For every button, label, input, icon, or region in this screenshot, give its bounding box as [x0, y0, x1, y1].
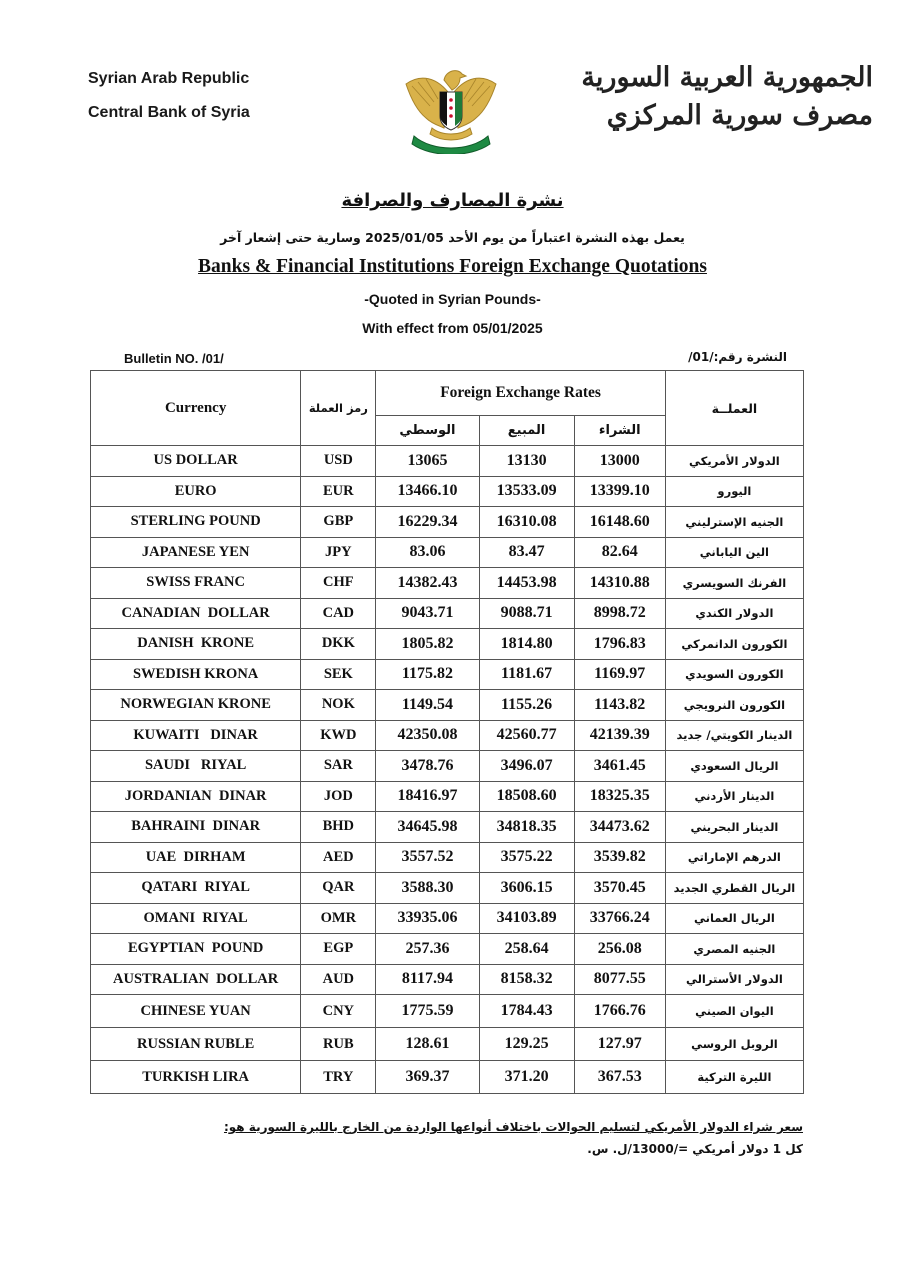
cell-sell-rate: 1181.67 — [479, 659, 574, 690]
cell-sell-rate: 18508.60 — [479, 781, 574, 812]
cell-buy-rate: 1796.83 — [574, 629, 665, 660]
cell-mid-rate: 13466.10 — [376, 476, 479, 507]
column-header-mid: الوسطي — [376, 416, 479, 446]
cell-sell-rate: 258.64 — [479, 934, 574, 965]
cell-code: RUB — [301, 1028, 376, 1061]
cell-mid-rate: 3478.76 — [376, 751, 479, 782]
cell-currency: DANISH KRONE — [91, 629, 301, 660]
cell-code: NOK — [301, 690, 376, 721]
cell-mid-rate: 3588.30 — [376, 873, 479, 904]
cell-sell-rate: 1814.80 — [479, 629, 574, 660]
cell-buy-rate: 367.53 — [574, 1061, 665, 1094]
cell-currency: EGYPTIAN POUND — [91, 934, 301, 965]
cell-currency-arabic: اليوان الصيني — [665, 995, 803, 1028]
cell-currency: STERLING POUND — [91, 507, 301, 538]
cell-sell-rate: 8158.32 — [479, 964, 574, 995]
cell-currency: SWISS FRANC — [91, 568, 301, 599]
cell-currency-arabic: الدرهم الإماراتي — [665, 842, 803, 873]
cell-buy-rate: 1143.82 — [574, 690, 665, 721]
cell-currency-arabic: الدينار الأردني — [665, 781, 803, 812]
cell-currency-arabic: الكورون النرويجي — [665, 690, 803, 721]
exchange-rates-table: Currency رمز العملة Foreign Exchange Rat… — [90, 370, 804, 1094]
table-row: KUWAITI DINARKWD42350.0842560.7742139.39… — [91, 720, 804, 751]
quoted-in-note: -Quoted in Syrian Pounds- — [0, 291, 905, 307]
cell-sell-rate: 13533.09 — [479, 476, 574, 507]
table-row: OMANI RIYALOMR33935.0634103.8933766.24ال… — [91, 903, 804, 934]
table-row: RUSSIAN RUBLERUB128.61129.25127.97الروبل… — [91, 1028, 804, 1061]
cell-currency-arabic: الجنيه الإسترليني — [665, 507, 803, 538]
cell-buy-rate: 13399.10 — [574, 476, 665, 507]
cell-currency: UAE DIRHAM — [91, 842, 301, 873]
cell-currency-arabic: الكورون الدانمركي — [665, 629, 803, 660]
bulletin-title-english: Banks & Financial Institutions Foreign E… — [0, 256, 905, 278]
table-row: CHINESE YUANCNY1775.591784.431766.76اليو… — [91, 995, 804, 1028]
cell-currency-arabic: الجنيه المصري — [665, 934, 803, 965]
cell-code: QAR — [301, 873, 376, 904]
cell-currency-arabic: الريال القطري الجديد — [665, 873, 803, 904]
cell-code: DKK — [301, 629, 376, 660]
cell-currency-arabic: الفرنك السويسري — [665, 568, 803, 599]
cell-buy-rate: 1169.97 — [574, 659, 665, 690]
cell-currency: JORDANIAN DINAR — [91, 781, 301, 812]
cell-mid-rate: 13065 — [376, 446, 479, 477]
cell-code: USD — [301, 446, 376, 477]
table-row: AUSTRALIAN DOLLARAUD8117.948158.328077.5… — [91, 964, 804, 995]
cell-buy-rate: 1766.76 — [574, 995, 665, 1028]
cell-currency-arabic: الدينار البحريني — [665, 812, 803, 843]
cell-mid-rate: 1775.59 — [376, 995, 479, 1028]
cell-currency-arabic: الدولار الأسترالي — [665, 964, 803, 995]
cell-code: BHD — [301, 812, 376, 843]
cell-buy-rate: 14310.88 — [574, 568, 665, 599]
cell-buy-rate: 8998.72 — [574, 598, 665, 629]
cell-buy-rate: 33766.24 — [574, 903, 665, 934]
cell-currency-arabic: الروبل الروسي — [665, 1028, 803, 1061]
cell-currency: US DOLLAR — [91, 446, 301, 477]
cell-code: EUR — [301, 476, 376, 507]
cell-currency: AUSTRALIAN DOLLAR — [91, 964, 301, 995]
table-row: JAPANESE YENJPY83.0683.4782.64الين الياب… — [91, 537, 804, 568]
cell-mid-rate: 8117.94 — [376, 964, 479, 995]
column-header-currency-arabic: العملــة — [665, 371, 803, 446]
cell-currency-arabic: الكورون السويدي — [665, 659, 803, 690]
remittance-note: سعر شراء الدولار الأمريكي لتسليم الحوالا… — [224, 1120, 803, 1134]
cell-currency: KUWAITI DINAR — [91, 720, 301, 751]
cell-code: GBP — [301, 507, 376, 538]
bulletin-number: Bulletin NO. /01/ — [124, 351, 224, 366]
cell-currency: NORWEGIAN KRONE — [91, 690, 301, 721]
bulletin-number-arabic: النشرة رقم:/01/ — [688, 350, 787, 364]
cell-mid-rate: 34645.98 — [376, 812, 479, 843]
bulletin-subtitle-arabic: يعمل بهذه النشرة اعتباراً من يوم الأحد 2… — [0, 230, 905, 245]
table-row: UAE DIRHAMAED3557.523575.223539.82الدرهم… — [91, 842, 804, 873]
table-row: EGYPTIAN POUNDEGP257.36258.64256.08الجني… — [91, 934, 804, 965]
cell-sell-rate: 1784.43 — [479, 995, 574, 1028]
table-row: BAHRAINI DINARBHD34645.9834818.3534473.6… — [91, 812, 804, 843]
cell-mid-rate: 257.36 — [376, 934, 479, 965]
cell-code: AED — [301, 842, 376, 873]
column-group-header-rates: Foreign Exchange Rates — [376, 371, 665, 416]
cell-code: CAD — [301, 598, 376, 629]
cell-code: JOD — [301, 781, 376, 812]
table-row: US DOLLARUSD130651313013000الدولار الأمر… — [91, 446, 804, 477]
cell-currency-arabic: الليرة التركية — [665, 1061, 803, 1094]
column-header-sell: المبيع — [479, 416, 574, 446]
cell-mid-rate: 369.37 — [376, 1061, 479, 1094]
table-row: SWEDISH KRONASEK1175.821181.671169.97الك… — [91, 659, 804, 690]
cell-currency: CANADIAN DOLLAR — [91, 598, 301, 629]
cell-buy-rate: 3461.45 — [574, 751, 665, 782]
cell-currency-arabic: الريال السعودي — [665, 751, 803, 782]
table-row: CANADIAN DOLLARCAD9043.719088.718998.72ا… — [91, 598, 804, 629]
column-header-buy: الشراء — [574, 416, 665, 446]
cell-buy-rate: 16148.60 — [574, 507, 665, 538]
header-bank-name-arabic: مصرف سورية المركزي — [607, 100, 873, 131]
cell-mid-rate: 42350.08 — [376, 720, 479, 751]
cell-code: CNY — [301, 995, 376, 1028]
bulletin-title-arabic: نشرة المصارف والصرافة — [0, 190, 905, 211]
cell-currency: QATARI RIYAL — [91, 873, 301, 904]
cell-sell-rate: 83.47 — [479, 537, 574, 568]
cell-sell-rate: 1155.26 — [479, 690, 574, 721]
cell-sell-rate: 34818.35 — [479, 812, 574, 843]
column-header-currency: Currency — [91, 371, 301, 446]
cell-currency: BAHRAINI DINAR — [91, 812, 301, 843]
cell-sell-rate: 14453.98 — [479, 568, 574, 599]
cell-mid-rate: 33935.06 — [376, 903, 479, 934]
cell-buy-rate: 18325.35 — [574, 781, 665, 812]
cell-currency-arabic: الريال العماني — [665, 903, 803, 934]
cell-code: OMR — [301, 903, 376, 934]
cell-currency-arabic: اليورو — [665, 476, 803, 507]
table-row: SAUDI RIYALSAR3478.763496.073461.45الريا… — [91, 751, 804, 782]
cell-buy-rate: 3539.82 — [574, 842, 665, 873]
cell-code: CHF — [301, 568, 376, 599]
cell-code: JPY — [301, 537, 376, 568]
cell-mid-rate: 1805.82 — [376, 629, 479, 660]
cell-mid-rate: 83.06 — [376, 537, 479, 568]
cell-buy-rate: 42139.39 — [574, 720, 665, 751]
cell-mid-rate: 14382.43 — [376, 568, 479, 599]
table-row: TURKISH LIRATRY369.37371.20367.53الليرة … — [91, 1061, 804, 1094]
cell-sell-rate: 13130 — [479, 446, 574, 477]
cell-sell-rate: 34103.89 — [479, 903, 574, 934]
cell-sell-rate: 16310.08 — [479, 507, 574, 538]
column-header-code: رمز العملة — [301, 371, 376, 446]
cell-currency: SWEDISH KRONA — [91, 659, 301, 690]
cell-code: KWD — [301, 720, 376, 751]
table-row: SWISS FRANCCHF14382.4314453.9814310.88ال… — [91, 568, 804, 599]
cell-mid-rate: 128.61 — [376, 1028, 479, 1061]
table-row: NORWEGIAN KRONENOK1149.541155.261143.82ا… — [91, 690, 804, 721]
cell-code: AUD — [301, 964, 376, 995]
cell-currency: SAUDI RIYAL — [91, 751, 301, 782]
table-row: EUROEUR13466.1013533.0913399.10اليورو — [91, 476, 804, 507]
cell-sell-rate: 3606.15 — [479, 873, 574, 904]
cell-currency-arabic: الدولار الكندي — [665, 598, 803, 629]
cell-currency: OMANI RIYAL — [91, 903, 301, 934]
remittance-rate: كل 1 دولار أمريكي =/13000/ل. س. — [587, 1142, 803, 1156]
cell-code: SEK — [301, 659, 376, 690]
cell-buy-rate: 34473.62 — [574, 812, 665, 843]
table-row: QATARI RIYALQAR3588.303606.153570.45الري… — [91, 873, 804, 904]
header-republic-name: Syrian Arab Republic — [88, 70, 249, 88]
cell-sell-rate: 3575.22 — [479, 842, 574, 873]
cell-mid-rate: 1175.82 — [376, 659, 479, 690]
cell-currency: EURO — [91, 476, 301, 507]
cell-buy-rate: 8077.55 — [574, 964, 665, 995]
cell-buy-rate: 256.08 — [574, 934, 665, 965]
cell-sell-rate: 371.20 — [479, 1061, 574, 1094]
exchange-rates-body: US DOLLARUSD130651313013000الدولار الأمر… — [91, 446, 804, 1094]
cell-currency: RUSSIAN RUBLE — [91, 1028, 301, 1061]
cell-mid-rate: 18416.97 — [376, 781, 479, 812]
header-republic-name-arabic: الجمهورية العربية السورية — [581, 62, 873, 93]
cell-mid-rate: 9043.71 — [376, 598, 479, 629]
effective-date: With effect from 05/01/2025 — [0, 320, 905, 336]
cell-buy-rate: 3570.45 — [574, 873, 665, 904]
cell-sell-rate: 3496.07 — [479, 751, 574, 782]
syrian-eagle-emblem-icon — [402, 66, 500, 154]
cell-buy-rate: 13000 — [574, 446, 665, 477]
cell-sell-rate: 42560.77 — [479, 720, 574, 751]
cell-code: EGP — [301, 934, 376, 965]
cell-mid-rate: 3557.52 — [376, 842, 479, 873]
table-row: STERLING POUNDGBP16229.3416310.0816148.6… — [91, 507, 804, 538]
cell-currency-arabic: الدينار الكويتي/ جديد — [665, 720, 803, 751]
table-row: DANISH KRONEDKK1805.821814.801796.83الكو… — [91, 629, 804, 660]
cell-currency: JAPANESE YEN — [91, 537, 301, 568]
cell-buy-rate: 127.97 — [574, 1028, 665, 1061]
cell-currency: CHINESE YUAN — [91, 995, 301, 1028]
cell-sell-rate: 129.25 — [479, 1028, 574, 1061]
cell-currency-arabic: الدولار الأمريكي — [665, 446, 803, 477]
table-row: JORDANIAN DINARJOD18416.9718508.6018325.… — [91, 781, 804, 812]
cell-currency-arabic: الين الياباني — [665, 537, 803, 568]
cell-mid-rate: 1149.54 — [376, 690, 479, 721]
cell-code: SAR — [301, 751, 376, 782]
header-bank-name: Central Bank of Syria — [88, 104, 250, 122]
cell-mid-rate: 16229.34 — [376, 507, 479, 538]
cell-currency: TURKISH LIRA — [91, 1061, 301, 1094]
cell-sell-rate: 9088.71 — [479, 598, 574, 629]
cell-code: TRY — [301, 1061, 376, 1094]
cell-buy-rate: 82.64 — [574, 537, 665, 568]
